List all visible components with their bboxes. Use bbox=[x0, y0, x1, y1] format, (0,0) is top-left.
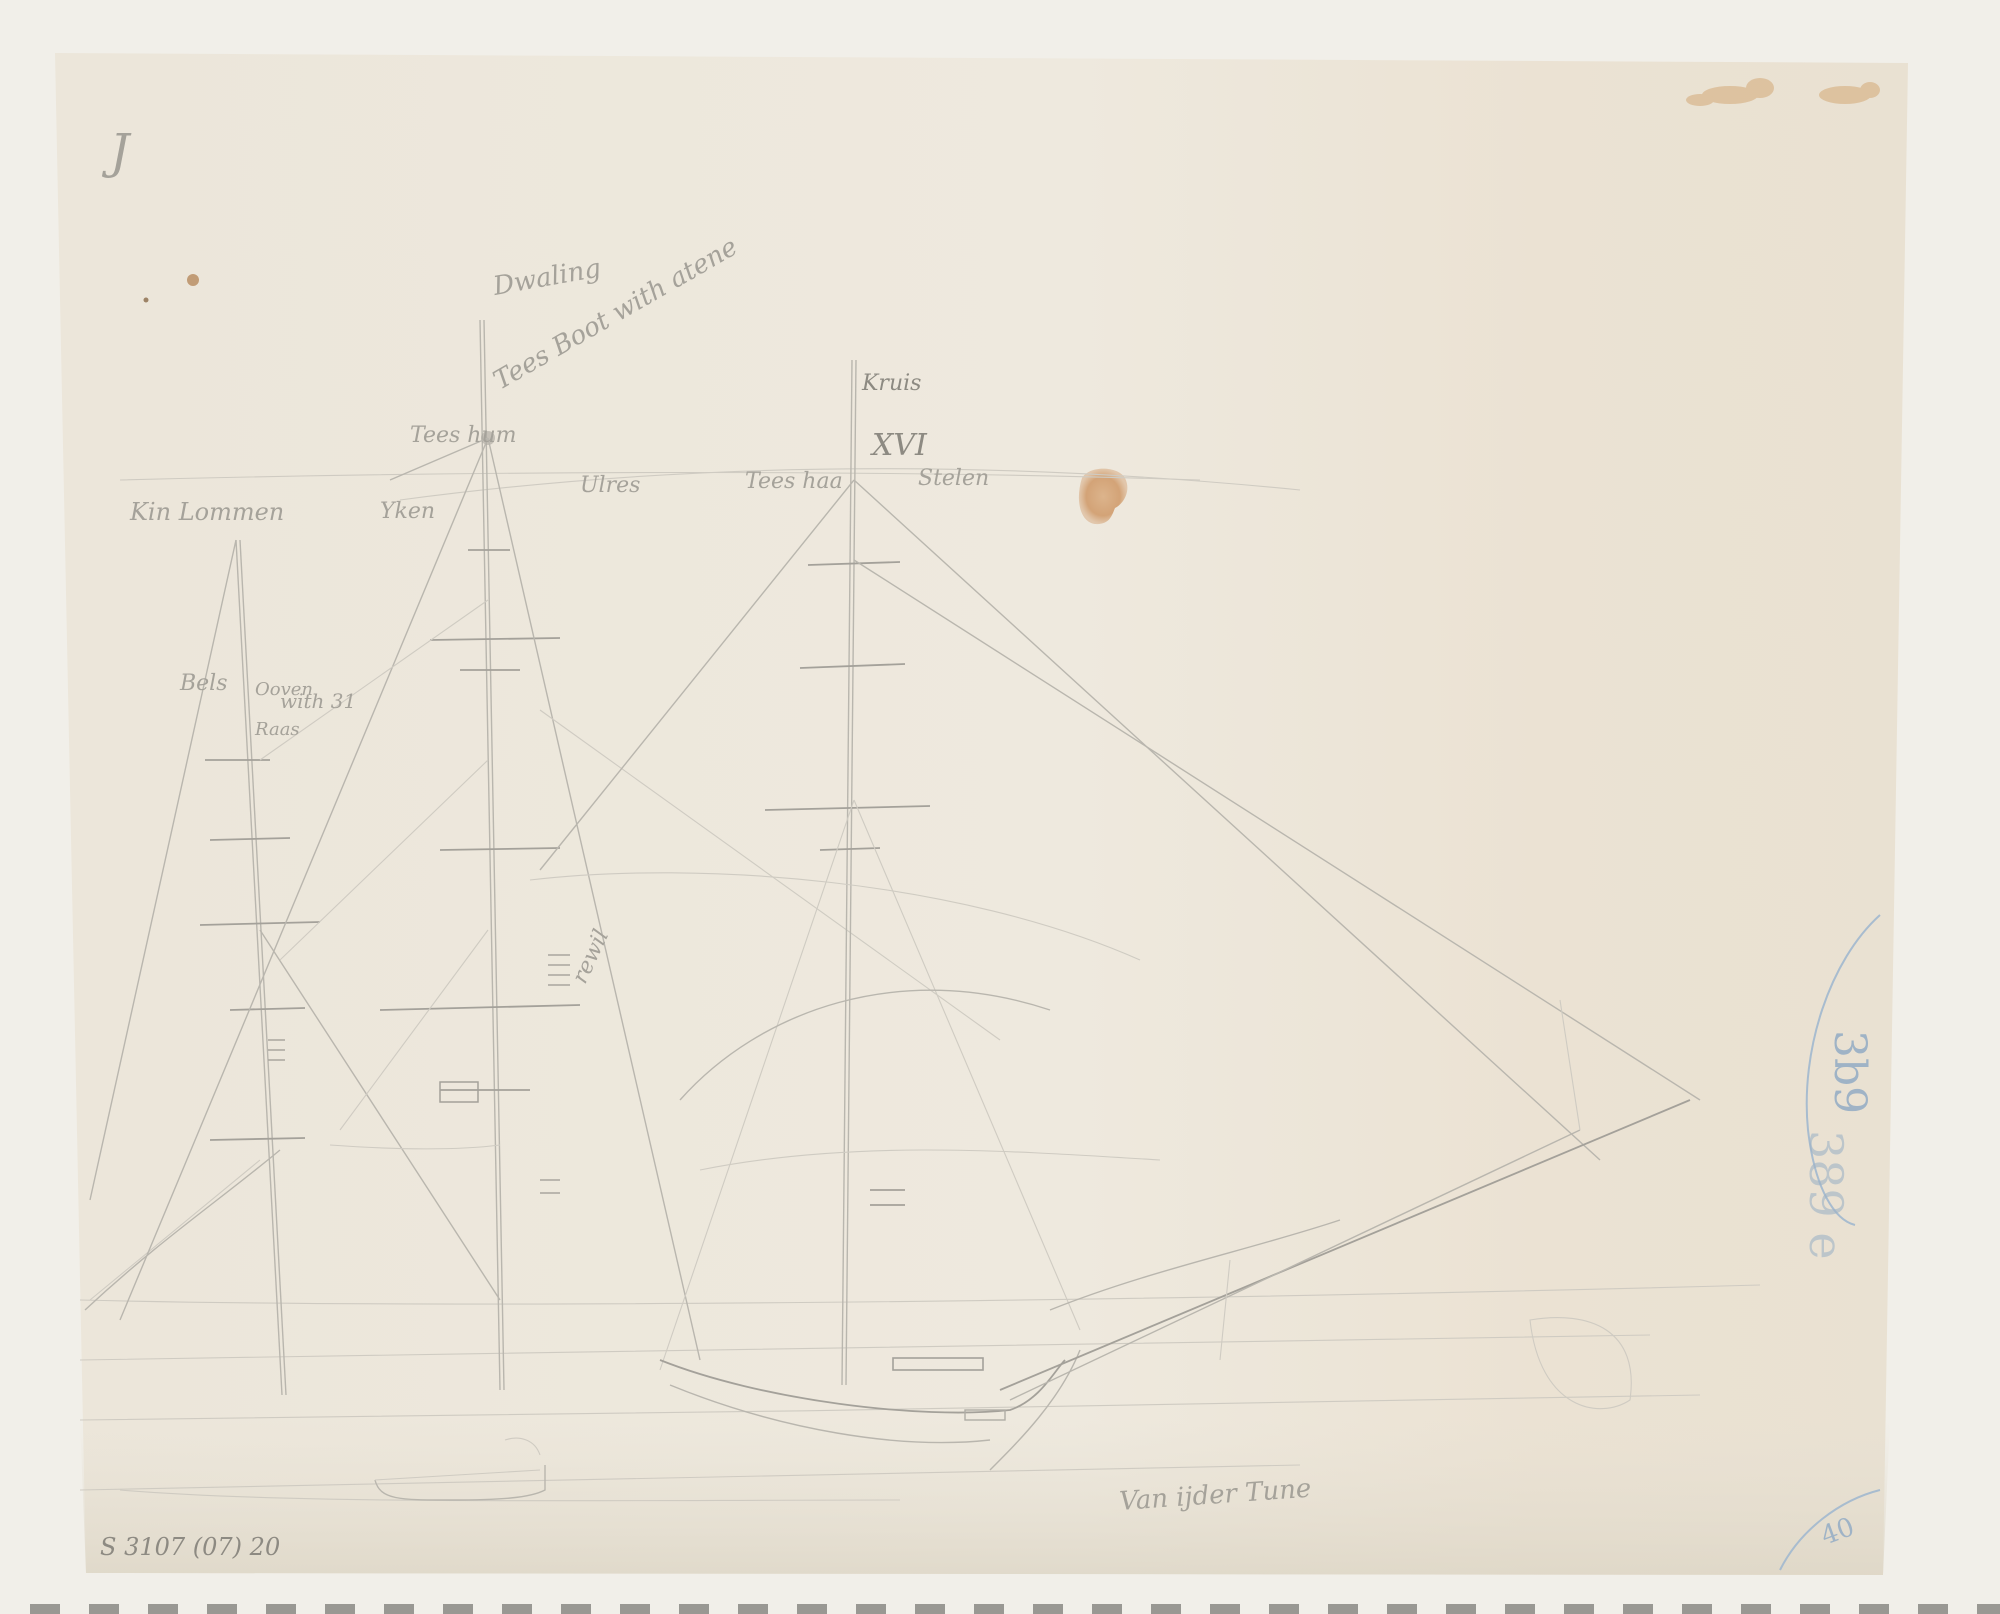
note-raas: Raas bbox=[254, 719, 300, 740]
paper bbox=[55, 53, 1908, 1575]
note-kin-lommen: Kin Lommen bbox=[129, 498, 284, 526]
note-with-31: with 31 bbox=[280, 689, 356, 713]
blue-number-389e: 389 e bbox=[1799, 1130, 1853, 1260]
note-tees-hum: Tees hum bbox=[410, 423, 517, 448]
note-ulres: Ulres bbox=[580, 473, 640, 498]
note-stelen: Stelen bbox=[918, 466, 989, 491]
catalog-number: S 3107 (07) 20 bbox=[100, 1533, 280, 1561]
bottom-dash-ruler bbox=[0, 1604, 2000, 1614]
ink-spot bbox=[144, 298, 149, 303]
note-yken: Yken bbox=[380, 499, 435, 524]
ink-spot bbox=[187, 274, 199, 286]
note-bels: Bels bbox=[179, 671, 228, 696]
paper-bottom-shade bbox=[80, 1420, 1890, 1575]
note-kruis: Kruis bbox=[861, 371, 921, 396]
blue-number-3b9: 3b9 bbox=[1824, 1030, 1875, 1114]
note-xvi: XVI bbox=[870, 428, 928, 463]
note-tees-haa: Tees haa bbox=[745, 469, 843, 494]
artwork-sheet: J Dwaling Tees Boot with atene Tees hum … bbox=[0, 0, 2000, 1614]
